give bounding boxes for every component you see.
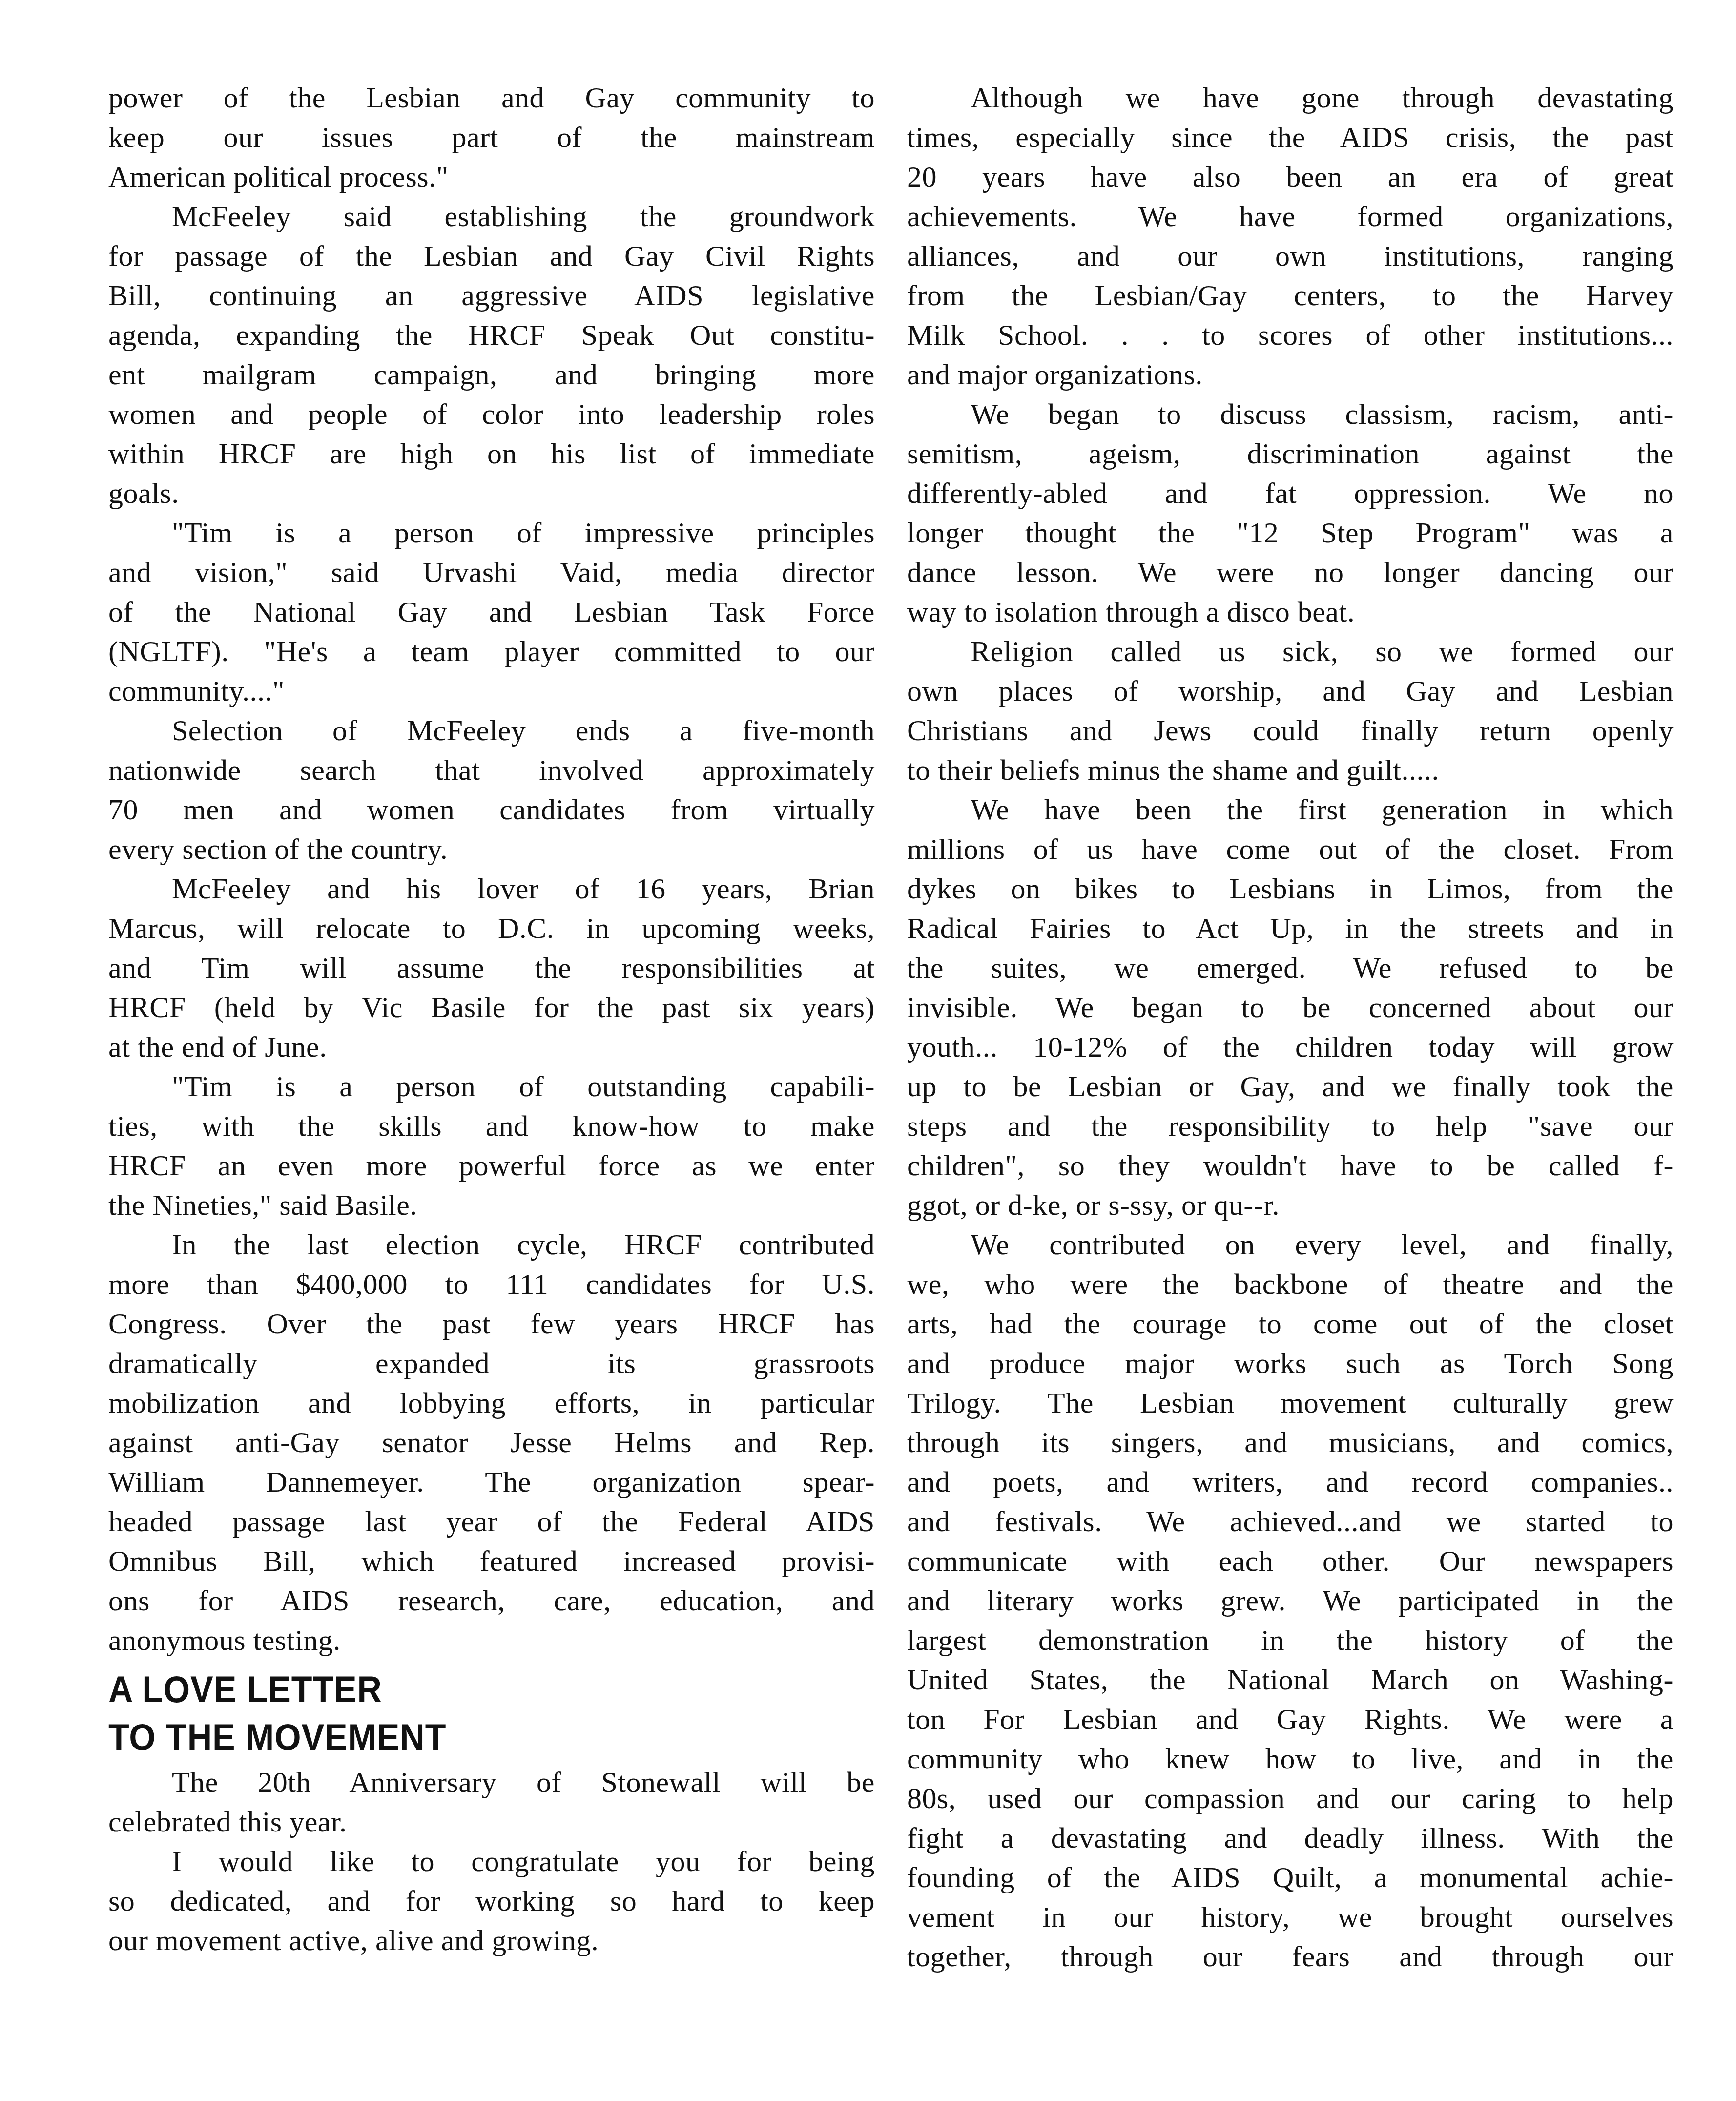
text-line: up to be Lesbian or Gay, and we finally … (907, 1067, 1674, 1106)
text-line: Radical Fairies to Act Up, in the street… (907, 909, 1674, 948)
text-line: and poets, and writers, and record compa… (907, 1462, 1674, 1502)
text-line: through its singers, and musicians, and … (907, 1423, 1674, 1462)
text-line: 20 years have also been an era of great (907, 157, 1674, 197)
left-column: power of the Lesbian and Gay community t… (108, 78, 875, 1960)
text-line: and produce major works such as Torch So… (907, 1344, 1674, 1383)
text-line: longer thought the "12 Step Program" was… (907, 513, 1674, 553)
text-line: for passage of the Lesbian and Gay Civil… (108, 236, 875, 276)
text-line: American political process." (108, 157, 875, 197)
text-line: ent mailgram campaign, and bringing more (108, 355, 875, 395)
text-line: so dedicated, and for working so hard to… (108, 1881, 875, 1921)
paragraph: "Tim is a person of impressive principle… (108, 513, 875, 711)
text-line: semitism, ageism, discrimination against… (907, 434, 1674, 474)
text-line: Selection of McFeeley ends a five-month (108, 711, 875, 750)
text-line: we, who were the backbone of theatre and… (907, 1265, 1674, 1304)
text-line: In the last election cycle, HRCF contrib… (108, 1225, 875, 1265)
text-line: United States, the National March on Was… (907, 1660, 1674, 1700)
paragraph: The 20th Anniversary of Stonewall will b… (108, 1763, 875, 1842)
text-line: power of the Lesbian and Gay community t… (108, 78, 875, 118)
paragraph: We contributed on every level, and final… (907, 1225, 1674, 1976)
text-line: Trilogy. The Lesbian movement culturally… (907, 1383, 1674, 1423)
text-line: We contributed on every level, and final… (907, 1225, 1674, 1265)
text-line: against anti-Gay senator Jesse Helms and… (108, 1423, 875, 1462)
text-line: William Dannemeyer. The organization spe… (108, 1462, 875, 1502)
text-line: agenda, expanding the HRCF Speak Out con… (108, 315, 875, 355)
text-line: alliances, and our own institutions, ran… (907, 236, 1674, 276)
text-line: dykes on bikes to Lesbians in Limos, fro… (907, 869, 1674, 909)
text-line: achievements. We have formed organizatio… (907, 197, 1674, 236)
text-line: goals. (108, 474, 875, 513)
text-line: Omnibus Bill, which featured increased p… (108, 1541, 875, 1581)
text-line: Marcus, will relocate to D.C. in upcomin… (108, 909, 875, 948)
text-line: way to isolation through a disco beat. (907, 592, 1674, 632)
text-line: community who knew how to live, and in t… (907, 1739, 1674, 1779)
heading-line-1: A LOVE LETTER (108, 1666, 813, 1714)
right-column: Although we have gone through devastatin… (907, 78, 1674, 1976)
text-line: Bill, continuing an aggressive AIDS legi… (108, 276, 875, 315)
text-line: at the end of June. (108, 1027, 875, 1067)
text-line: (NGLTF). "He's a team player committed t… (108, 632, 875, 671)
text-line: and festivals. We achieved...and we star… (907, 1502, 1674, 1541)
paragraph: "Tim is a person of outstanding capabili… (108, 1067, 875, 1225)
text-line: celebrated this year. (108, 1802, 875, 1842)
text-line: McFeeley said establishing the groundwor… (108, 197, 875, 236)
text-line: differently-abled and fat oppression. We… (907, 474, 1674, 513)
text-line: more than $400,000 to 111 candidates for… (108, 1265, 875, 1304)
text-line: within HRCF are high on his list of imme… (108, 434, 875, 474)
paragraph: In the last election cycle, HRCF contrib… (108, 1225, 875, 1660)
text-line: the suites, we emerged. We refused to be (907, 948, 1674, 988)
text-line: communicate with each other. Our newspap… (907, 1541, 1674, 1581)
text-line: keep our issues part of the mainstream (108, 118, 875, 157)
text-line: "Tim is a person of impressive principle… (108, 513, 875, 553)
text-line: children", so they wouldn't have to be c… (907, 1146, 1674, 1186)
paragraph: Selection of McFeeley ends a five-monthn… (108, 711, 875, 869)
text-line: vement in our history, we brought oursel… (907, 1897, 1674, 1937)
article-heading: A LOVE LETTER TO THE MOVEMENT (108, 1666, 875, 1762)
text-line: to their beliefs minus the shame and gui… (907, 750, 1674, 790)
text-line: community...." (108, 671, 875, 711)
text-line: ton For Lesbian and Gay Rights. We were … (907, 1700, 1674, 1739)
paragraph: Religion called us sick, so we formed ou… (907, 632, 1674, 790)
text-line: millions of us have come out of the clos… (907, 830, 1674, 869)
text-line: arts, had the courage to come out of the… (907, 1304, 1674, 1344)
text-line: anonymous testing. (108, 1621, 875, 1660)
text-line: HRCF (held by Vic Basile for the past si… (108, 988, 875, 1027)
text-line: We have been the first generation in whi… (907, 790, 1674, 830)
text-line: I would like to congratulate you for bei… (108, 1842, 875, 1881)
text-line: mobilization and lobbying efforts, in pa… (108, 1383, 875, 1423)
text-line: the Nineties," said Basile. (108, 1186, 875, 1225)
text-line: from the Lesbian/Gay centers, to the Har… (907, 276, 1674, 315)
text-line: together, through our fears and through … (907, 1937, 1674, 1976)
text-line: and vision," said Urvashi Vaid, media di… (108, 553, 875, 592)
text-line: every section of the country. (108, 830, 875, 869)
text-line: Christians and Jews could finally return… (907, 711, 1674, 750)
text-line: of the National Gay and Lesbian Task For… (108, 592, 875, 632)
paragraph: We have been the first generation in whi… (907, 790, 1674, 1225)
text-line: Congress. Over the past few years HRCF h… (108, 1304, 875, 1344)
paragraph: McFeeley and his lover of 16 years, Bria… (108, 869, 875, 1067)
text-line: "Tim is a person of outstanding capabili… (108, 1067, 875, 1106)
text-line: McFeeley and his lover of 16 years, Bria… (108, 869, 875, 909)
text-line: nationwide search that involved approxim… (108, 750, 875, 790)
paragraph: I would like to congratulate you for bei… (108, 1842, 875, 1960)
text-line: We began to discuss classism, racism, an… (907, 395, 1674, 434)
paragraph: Although we have gone through devastatin… (907, 78, 1674, 395)
text-line: Although we have gone through devastatin… (907, 78, 1674, 118)
paragraph: We began to discuss classism, racism, an… (907, 395, 1674, 632)
paragraph: power of the Lesbian and Gay community t… (108, 78, 875, 197)
right-paragraphs: Although we have gone through devastatin… (907, 78, 1674, 1976)
text-line: largest demonstration in the history of … (907, 1621, 1674, 1660)
text-line: ggot, or d-ke, or s-ssy, or qu--r. (907, 1186, 1674, 1225)
text-line: ties, with the skills and know-how to ma… (108, 1106, 875, 1146)
text-line: invisible. We began to be concerned abou… (907, 988, 1674, 1027)
text-line: HRCF an even more powerful force as we e… (108, 1146, 875, 1186)
heading-line-2: TO THE MOVEMENT (108, 1714, 813, 1762)
text-line: Milk School. . . to scores of other inst… (907, 315, 1674, 355)
text-line: steps and the responsibility to help "sa… (907, 1106, 1674, 1146)
text-line: dramatically expanded its grassroots (108, 1344, 875, 1383)
text-line: founding of the AIDS Quilt, a monumental… (907, 1858, 1674, 1897)
text-line: our movement active, alive and growing. (108, 1921, 875, 1960)
text-line: and major organizations. (907, 355, 1674, 395)
text-line: headed passage last year of the Federal … (108, 1502, 875, 1541)
text-line: and literary works grew. We participated… (907, 1581, 1674, 1621)
left-paragraphs: power of the Lesbian and Gay community t… (108, 78, 875, 1660)
text-line: Religion called us sick, so we formed ou… (907, 632, 1674, 671)
text-line: and Tim will assume the responsibilities… (108, 948, 875, 988)
text-line: own places of worship, and Gay and Lesbi… (907, 671, 1674, 711)
text-line: The 20th Anniversary of Stonewall will b… (108, 1763, 875, 1802)
text-line: 70 men and women candidates from virtual… (108, 790, 875, 830)
text-line: women and people of color into leadershi… (108, 395, 875, 434)
paragraph: McFeeley said establishing the groundwor… (108, 197, 875, 513)
text-line: 80s, used our compassion and our caring … (907, 1779, 1674, 1818)
text-line: fight a devastating and deadly illness. … (907, 1818, 1674, 1858)
text-line: times, especially since the AIDS crisis,… (907, 118, 1674, 157)
left-after-heading-paragraphs: The 20th Anniversary of Stonewall will b… (108, 1763, 875, 1960)
text-line: ons for AIDS research, care, education, … (108, 1581, 875, 1621)
text-line: dance lesson. We were no longer dancing … (907, 553, 1674, 592)
text-line: youth... 10-12% of the children today wi… (907, 1027, 1674, 1067)
